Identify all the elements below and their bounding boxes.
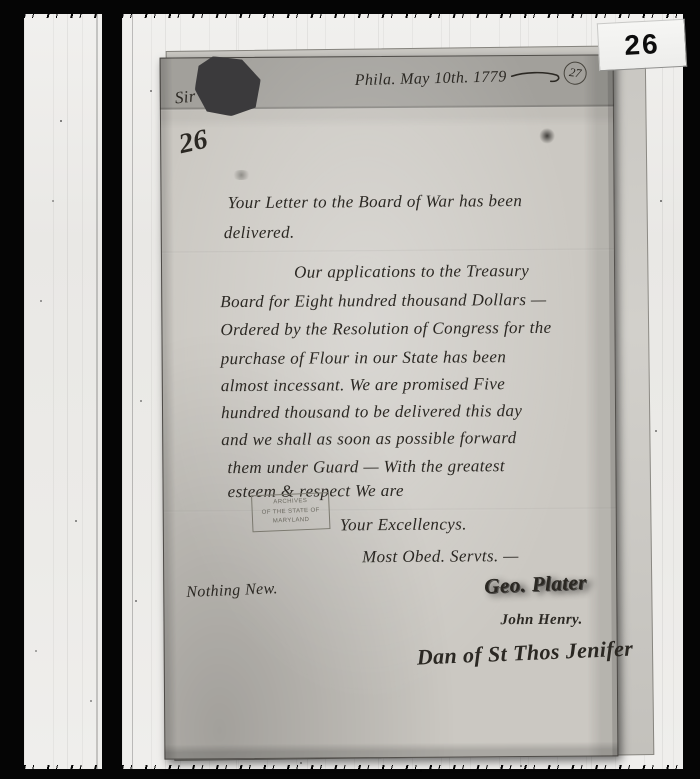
letter-line: purchase of Flour in our State has been xyxy=(221,347,507,369)
archives-stamp: ARCHIVES OF THE STATE OF MARYLAND xyxy=(251,492,330,532)
pen-flourish-stroke xyxy=(510,68,564,85)
film-strip-left xyxy=(24,14,102,769)
letter-page: Phila. May 10th. 1779 27 Sir 26 Your Let… xyxy=(160,54,619,759)
signature-daniel-jenifer: Dan of St Thos Jenifer xyxy=(416,636,634,671)
letter-line: Your Letter to the Board of War has been xyxy=(228,191,523,213)
letter-line: and we shall as soon as possible forward xyxy=(221,428,517,450)
fold-crease xyxy=(164,507,616,512)
letter-line: Our applications to the Treasury xyxy=(294,261,529,283)
signature-john-henry: John Henry. xyxy=(500,612,582,630)
closing-line: Most Obed. Servts. — xyxy=(362,546,519,567)
circled-page-number: 27 xyxy=(562,60,588,86)
frame-number-text: 26 xyxy=(624,28,661,62)
letter-line: almost incessant. We are promised Five xyxy=(221,374,505,396)
ink-smudge xyxy=(231,170,251,180)
letter-line: hundred thousand to be delivered this da… xyxy=(221,401,522,423)
film-edge-line xyxy=(96,14,98,769)
signature-geo-plater: Geo. Plater xyxy=(484,570,587,599)
film-edge-line xyxy=(132,14,133,769)
film-dust-speckles xyxy=(0,0,2,2)
circled-page-number-text: 27 xyxy=(568,65,582,81)
ink-spot xyxy=(539,128,555,144)
letter-line: Ordered by the Resolution of Congress fo… xyxy=(220,318,551,340)
date-text: Phila. May 10th. 1779 xyxy=(355,68,507,89)
fold-crease xyxy=(162,248,614,253)
closing-line: Your Excellencys. xyxy=(340,514,467,535)
salutation: Sir xyxy=(174,86,197,108)
handwritten-page-number: 26 xyxy=(176,124,211,161)
letter-line: them under Guard — With the greatest xyxy=(227,456,505,478)
postscript-note: Nothing New. xyxy=(186,580,278,602)
date-line: Phila. May 10th. 1779 xyxy=(355,67,565,90)
letter-line: delivered. xyxy=(224,223,295,243)
letter-line: Board for Eight hundred thousand Dollars… xyxy=(220,290,546,312)
frame-number-card: 26 xyxy=(597,19,687,72)
ink-blot xyxy=(195,56,261,116)
